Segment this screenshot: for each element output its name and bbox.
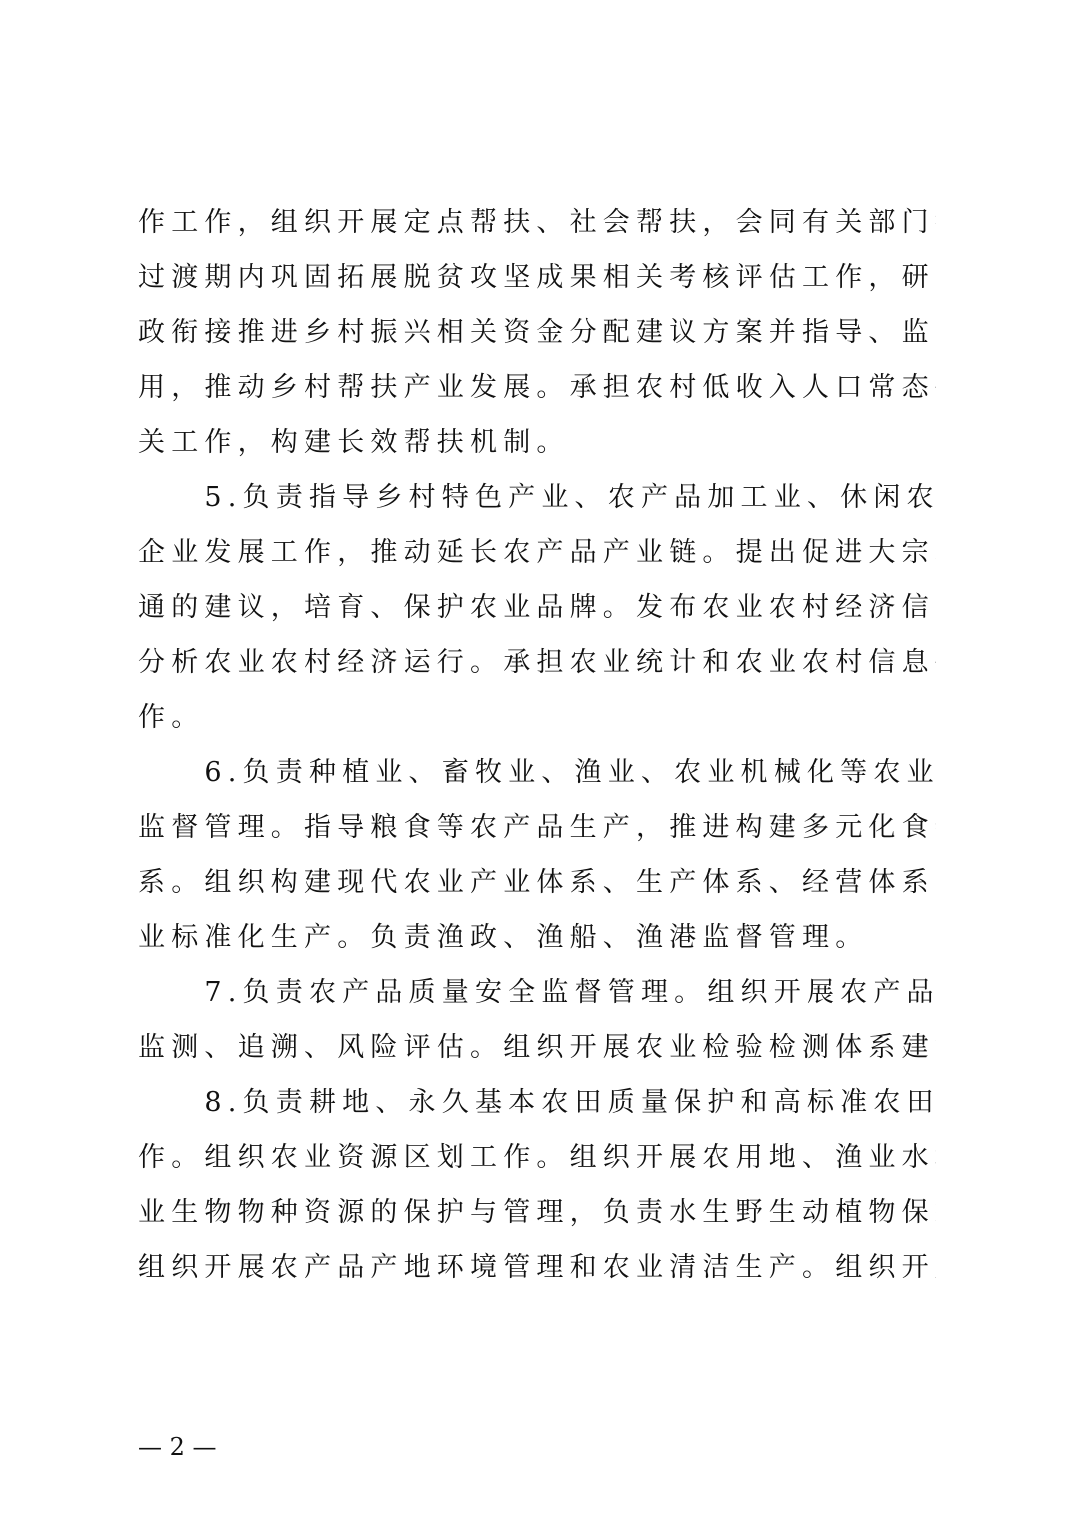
document-body: 作工作，组织开展定点帮扶、社会帮扶，会同有关部门组织实施 过渡期内巩固拓展脱贫攻… — [138, 195, 936, 1295]
text-line: 作。组织农业资源区划工作。组织开展农用地、渔业水域以及农 — [138, 1130, 936, 1185]
text-line: 业标准化生产。负责渔政、渔船、渔港监督管理。 — [138, 910, 936, 965]
text-line: 政衔接推进乡村振兴相关资金分配建议方案并指导、监督资金使 — [138, 305, 936, 360]
document-page: 作工作，组织开展定点帮扶、社会帮扶，会同有关部门组织实施 过渡期内巩固拓展脱贫攻… — [0, 0, 1074, 1520]
text-line: 用，推动乡村帮扶产业发展。承担农村低收入人口常态化帮扶有 — [138, 360, 936, 415]
paragraph-item-5: 5.负责指导乡村特色产业、农产品加工业、休闲农业和乡镇 企业发展工作，推动延长农… — [138, 470, 936, 745]
text-line: 关工作，构建长效帮扶机制。 — [138, 415, 936, 470]
paragraph-item-7: 7.负责农产品质量安全监督管理。组织开展农产品质量安全 监测、追溯、风险评估。组… — [138, 965, 936, 1075]
text-line: 过渡期内巩固拓展脱贫攻坚成果相关考核评估工作，研究提出财 — [138, 250, 936, 305]
page-number: — 2 — — [138, 1432, 217, 1462]
text-line: 作工作，组织开展定点帮扶、社会帮扶，会同有关部门组织实施 — [138, 195, 936, 250]
text-line: 组织开展农产品产地环境管理和农业清洁生产。组织开展设施农 — [138, 1240, 936, 1295]
paragraph-item-8: 8.负责耕地、永久基本农田质量保护和高标准农田建设工 作。组织农业资源区划工作。… — [138, 1075, 936, 1295]
paragraph-item-6: 6.负责种植业、畜牧业、渔业、农业机械化等农业各产业的 监督管理。指导粮食等农产… — [138, 745, 936, 965]
text-line: 通的建议，培育、保护农业品牌。发布农业农村经济信息，监测 — [138, 580, 936, 635]
text-line: 作。 — [138, 690, 936, 745]
text-line: 8.负责耕地、永久基本农田质量保护和高标准农田建设工 — [138, 1075, 936, 1130]
text-line: 监督管理。指导粮食等农产品生产，推进构建多元化食物供给体 — [138, 800, 936, 855]
text-line: 分析农业农村经济运行。承担农业统计和农业农村信息化有关工 — [138, 635, 936, 690]
text-line: 业生物物种资源的保护与管理，负责水生野生动植物保护工作。 — [138, 1185, 936, 1240]
paragraph-continuation: 作工作，组织开展定点帮扶、社会帮扶，会同有关部门组织实施 过渡期内巩固拓展脱贫攻… — [138, 195, 936, 470]
text-line: 监测、追溯、风险评估。组织开展农业检验检测体系建设。 — [138, 1020, 936, 1075]
text-line: 系。组织构建现代农业产业体系、生产体系、经营体系，指导农 — [138, 855, 936, 910]
text-line: 企业发展工作，推动延长农产品产业链。提出促进大宗农产品流 — [138, 525, 936, 580]
text-line: 6.负责种植业、畜牧业、渔业、农业机械化等农业各产业的 — [138, 745, 936, 800]
text-line: 5.负责指导乡村特色产业、农产品加工业、休闲农业和乡镇 — [138, 470, 936, 525]
text-line: 7.负责农产品质量安全监督管理。组织开展农产品质量安全 — [138, 965, 936, 1020]
